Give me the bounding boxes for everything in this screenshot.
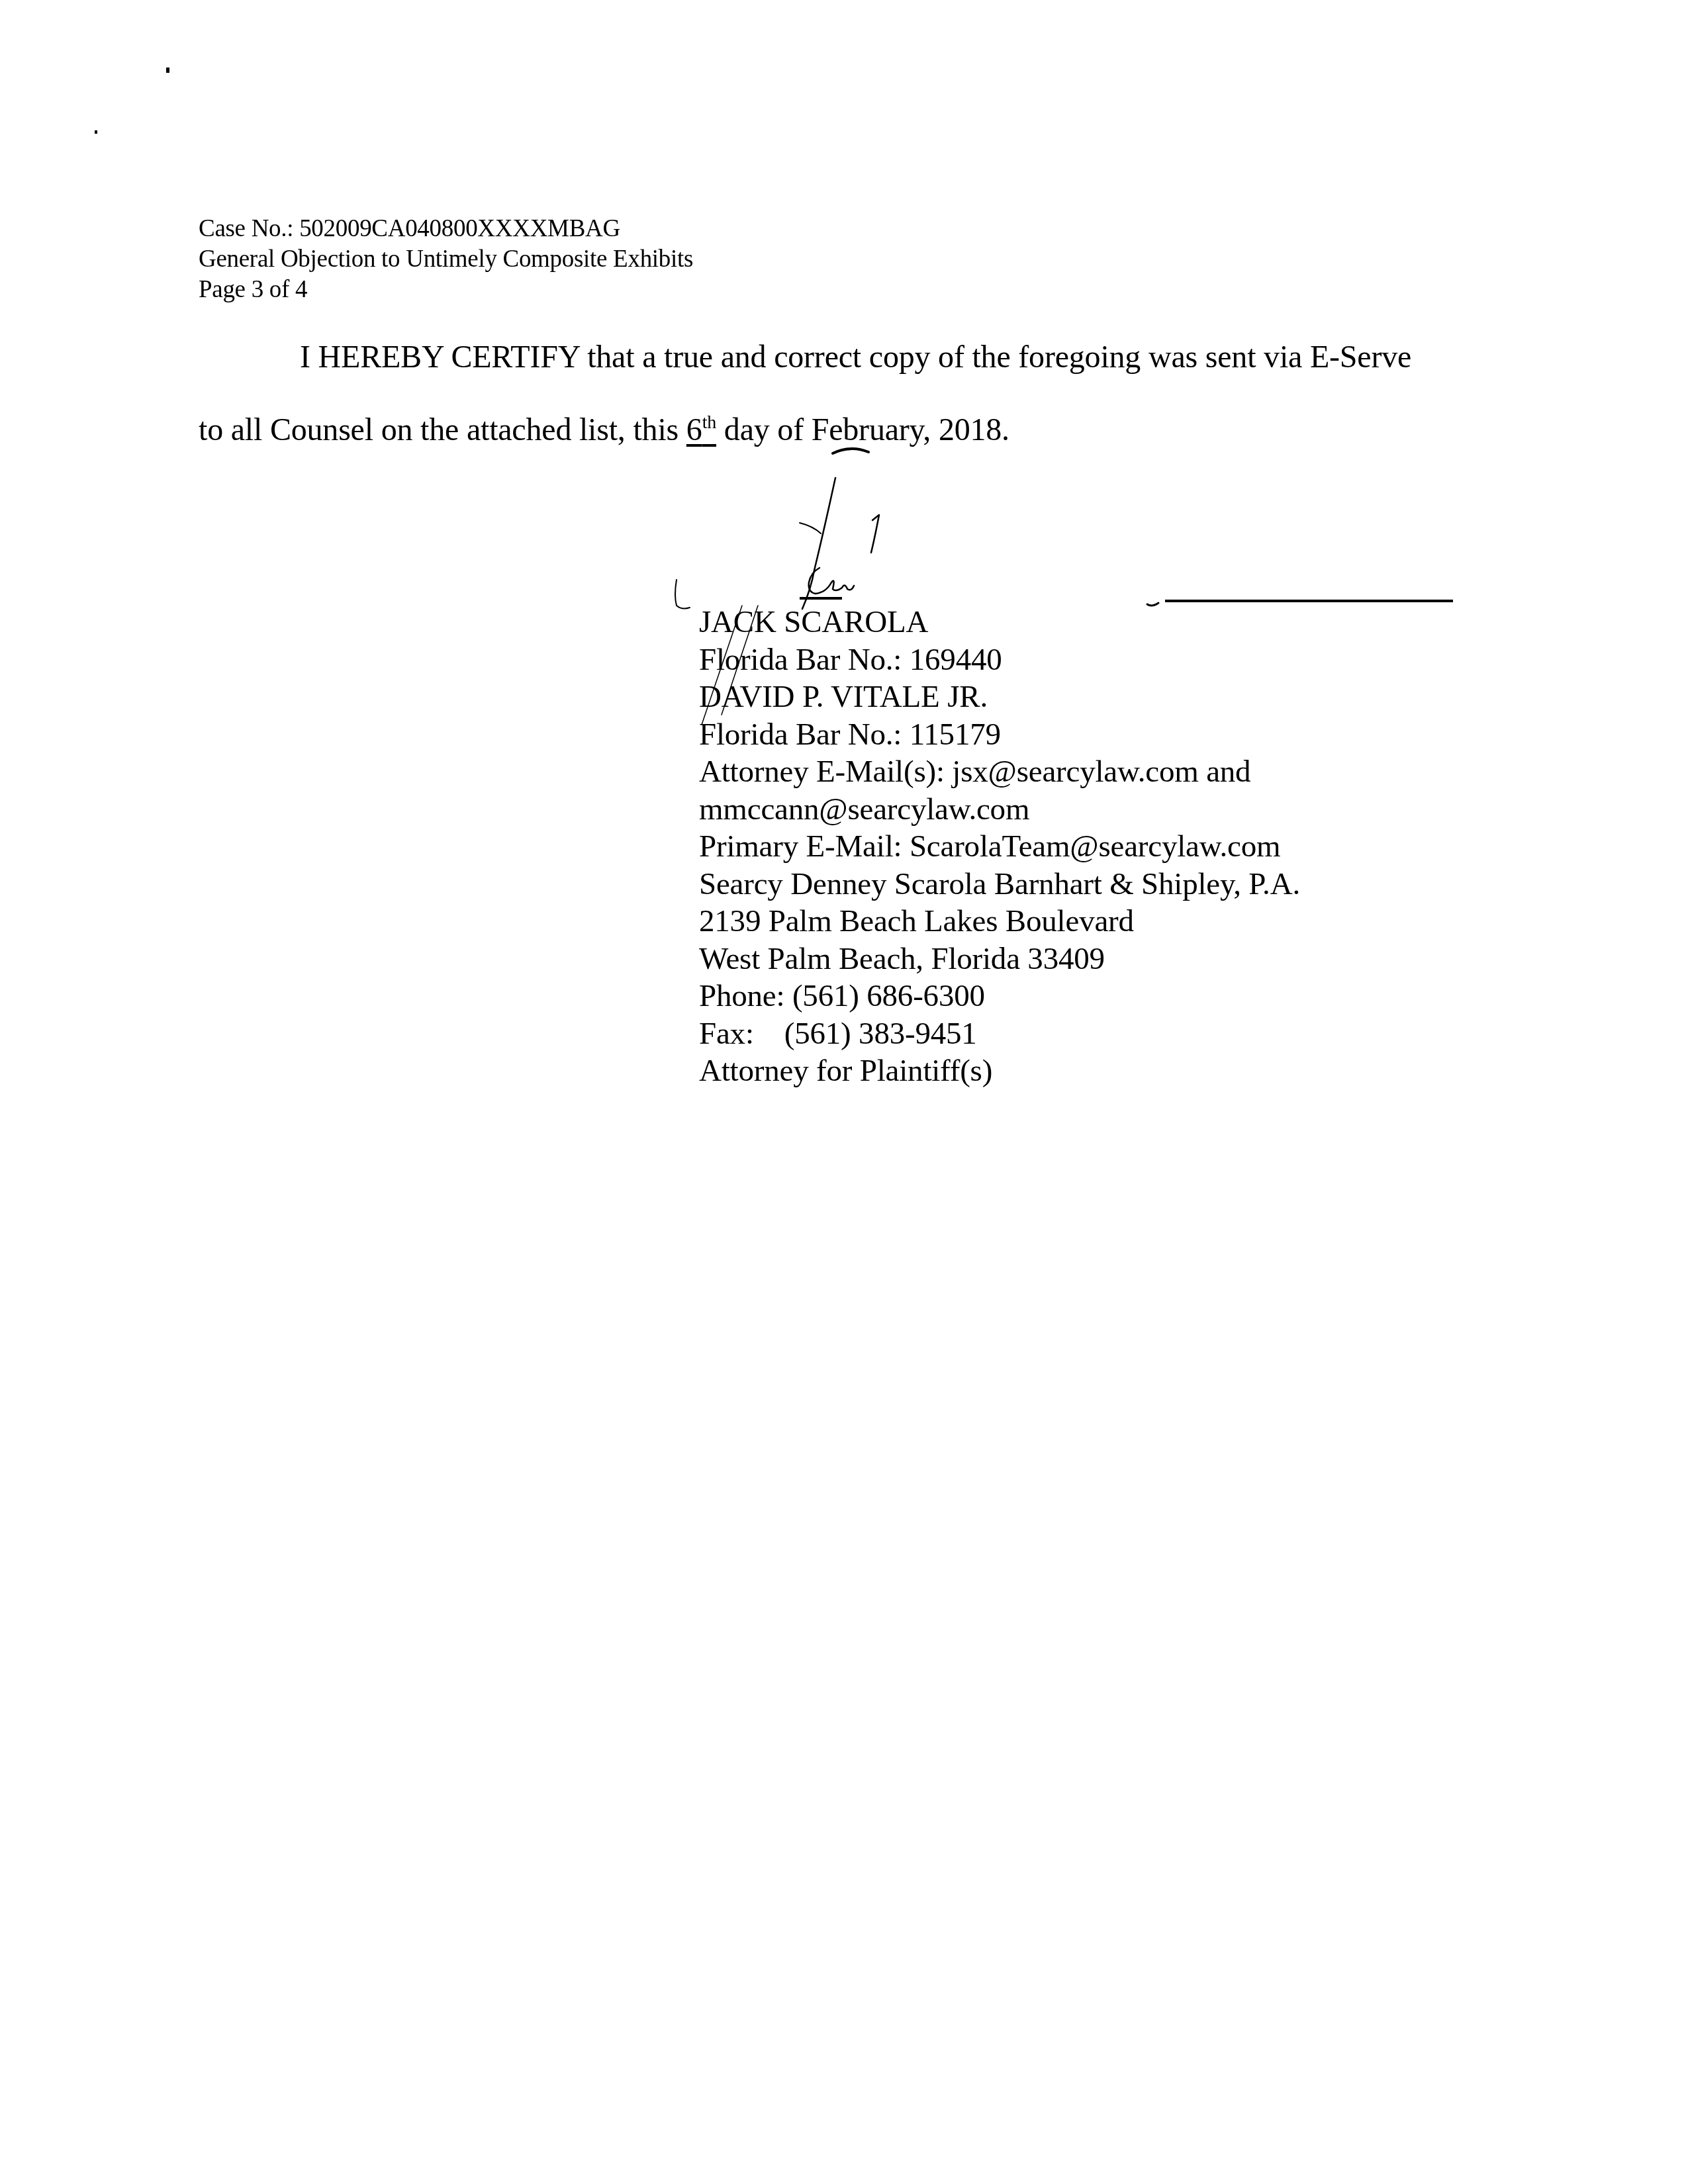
attorney-name-2: DAVID P. VITALE JR. — [699, 678, 1300, 716]
certificate-prefix: to all Counsel on the attached list, thi… — [199, 412, 686, 447]
signature-stroke — [800, 523, 821, 533]
bar-number-2: Florida Bar No.: 115179 — [699, 716, 1300, 754]
attorney-emails: Attorney E-Mail(s): jsx@searcylaw.com an… — [699, 753, 1300, 791]
signature-graphic — [0, 0, 1688, 2184]
primary-email: Primary E-Mail: ScarolaTeam@searcylaw.co… — [699, 828, 1300, 866]
law-firm-name: Searcy Denney Scarola Barnhart & Shipley… — [699, 866, 1300, 903]
signature-stroke — [809, 568, 854, 594]
attorney-email-2: mmccann@searcylaw.com — [699, 791, 1300, 829]
certificate-suffix: day of February, 2018. — [716, 412, 1009, 447]
case-number: Case No.: 502009CA040800XXXXMBAG — [199, 214, 693, 244]
document-title: General Objection to Untimely Composite … — [199, 244, 693, 275]
signature-stroke — [871, 515, 879, 553]
certificate-day: 6th — [686, 412, 716, 447]
page-indicator: Page 3 of 4 — [199, 275, 693, 305]
bar-number-1: Florida Bar No.: 169440 — [699, 641, 1300, 679]
document-header: Case No.: 502009CA040800XXXXMBAG General… — [199, 214, 693, 305]
fax-line: Fax:(561) 383-9451 — [699, 1015, 1300, 1053]
certificate-line-2: to all Counsel on the attached list, thi… — [199, 412, 1009, 448]
city-state-zip: West Palm Beach, Florida 33409 — [699, 940, 1300, 978]
scan-artifact — [95, 130, 97, 134]
handwritten-mark — [833, 449, 868, 453]
day-number: 6 — [686, 412, 702, 447]
fax-label: Fax: — [699, 1017, 754, 1051]
document-page: Case No.: 502009CA040800XXXXMBAG General… — [0, 0, 1688, 2184]
street-address: 2139 Palm Beach Lakes Boulevard — [699, 903, 1300, 940]
attorney-signature-block: JACK SCAROLA Florida Bar No.: 169440 DAV… — [699, 604, 1300, 1090]
scan-artifact — [166, 68, 169, 73]
fax-number: (561) 383-9451 — [784, 1017, 977, 1051]
day-suffix: th — [702, 412, 716, 433]
signature-stroke — [675, 580, 690, 608]
attorney-role: Attorney for Plaintiff(s) — [699, 1052, 1300, 1090]
attorney-name-1: JACK SCAROLA — [699, 604, 1300, 641]
certificate-line-1: I HEREBY CERTIFY that a true and correct… — [300, 339, 1411, 375]
phone-number: Phone: (561) 686-6300 — [699, 978, 1300, 1015]
signature-stroke — [802, 478, 835, 609]
